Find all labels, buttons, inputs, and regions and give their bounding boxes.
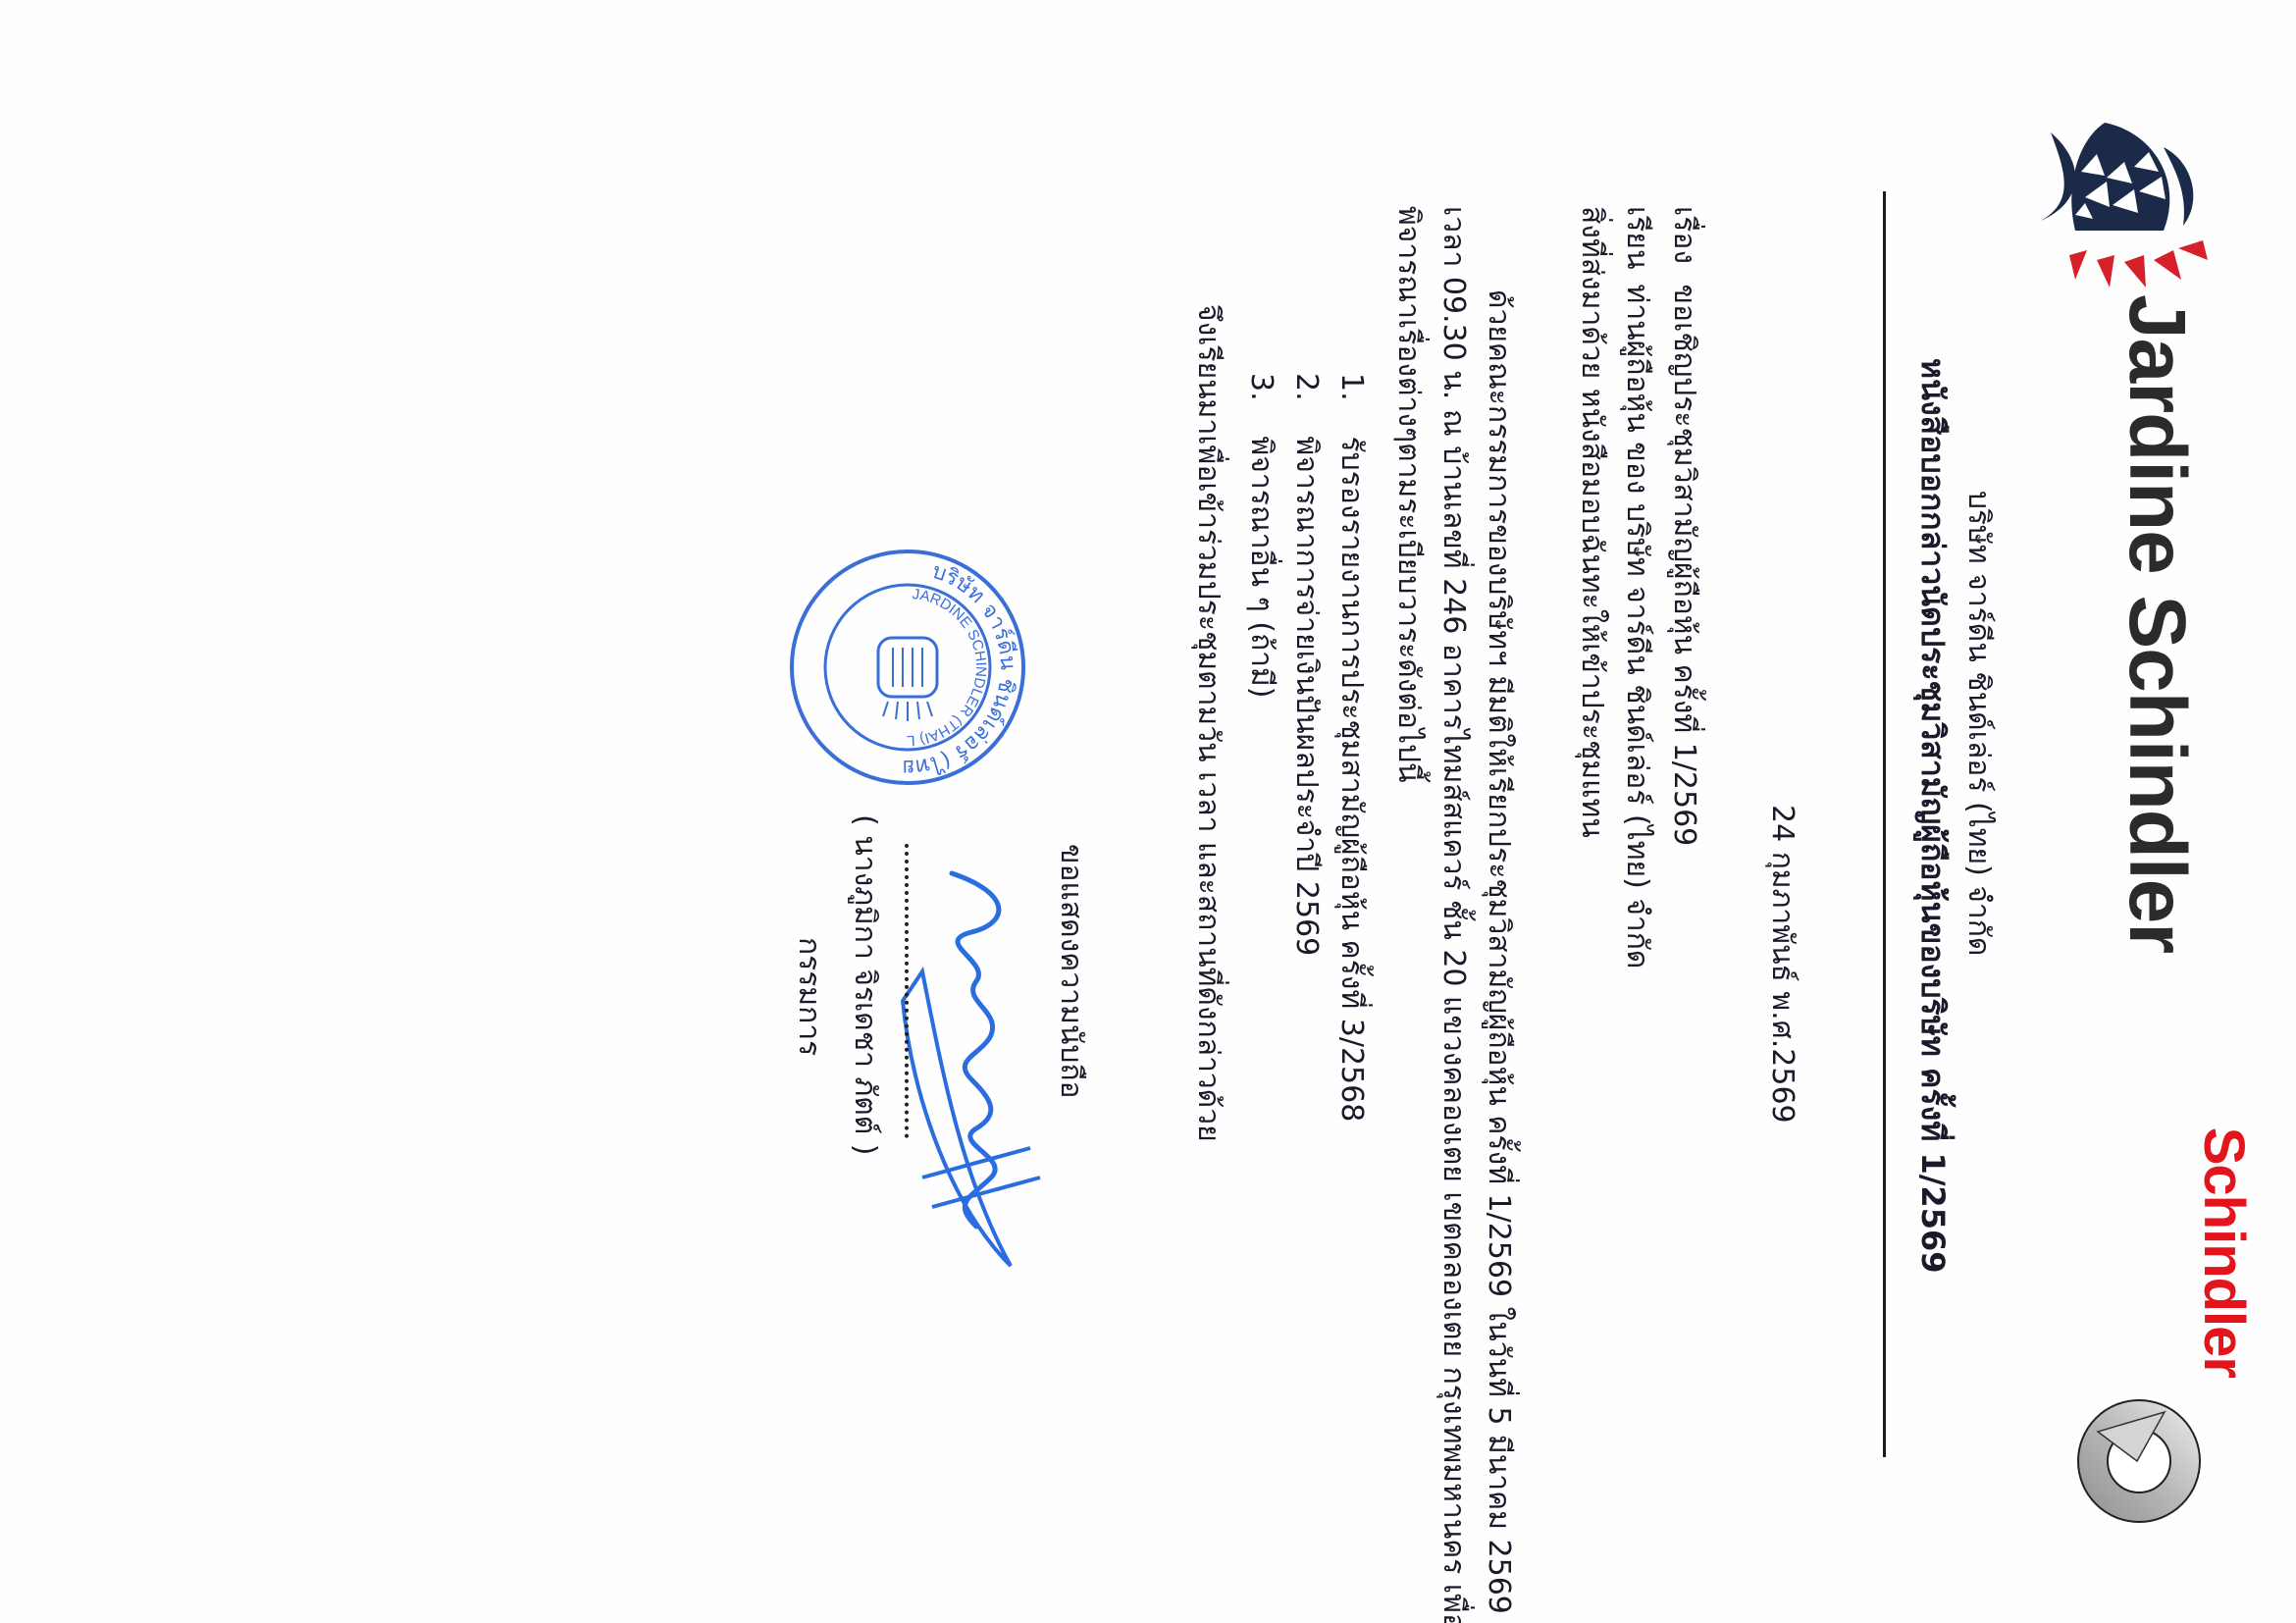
body-line-1: ด้วยคณะกรรมการของบริษัทฯ มีมติให้เรียกปร… [1476,206,1521,1462]
company-name: บริษัท จาร์ดีน ชินด์เล่อร์ (ไทย) จำกัด [1956,491,2002,956]
subject-line: เรื่อง ขอเชิญประชุมวิสามัญผู้ถือหุ้น ครั… [1661,206,1707,846]
letter-page: Jardine Schindler Schindler บริษัท จาร์ด… [0,0,2296,1623]
recipient-text: ท่านผู้ถือหุ้น ของ บริษัท จาร์ดีน ชินด์เ… [1620,285,1654,969]
agenda-number: 1. [1329,373,1374,427]
subject-text: ขอเชิญประชุมวิสามัญผู้ถือหุ้น ครั้งที่ 1… [1667,285,1701,847]
notice-title: หนังสือบอกกล่าวนัดประชุมวิสามัญผู้ถือหุ้… [1907,358,1957,1273]
header-divider [1883,191,1886,1457]
agenda-text: พิจารณาอื่น ๆ (ถ้ามี) [1244,437,1278,699]
schindler-wordmark: Schindler [2191,1127,2257,1378]
agenda-number: 2. [1283,373,1329,427]
handwritten-signature [883,854,1070,1285]
agenda-text: รับรองรายงานการประชุมสามัญผู้ถือหุ้น ครั… [1334,437,1369,1123]
enclosure-line: สิ่งที่ส่งมาด้วย หนังสือมอบฉันทะให้เข้าป… [1569,206,1615,838]
jardine-thistle-logo-icon [2016,93,2222,299]
subject-label: เรื่อง [1661,206,1707,275]
signer-position: กรรมการ [786,937,832,1056]
agenda-list: 1. รับรองรายงานการประชุมสามัญผู้ถือหุ้น … [1238,373,1374,1122]
agenda-item: 2. พิจารณาการจ่ายเงินปันผลประจำปี 2569 [1283,373,1329,1122]
recipient-label: เรียน [1614,206,1660,275]
closing-sentence: จึงเรียนมาเพื่อเข้าร่วมประชุมตามวัน เวลา… [1185,304,1231,1142]
body-line-2: เวลา 09.30 น. ณ บ้านเลขที่ 246 อาคารไทมส… [1431,206,1476,1462]
signature-dotted-line [905,844,909,1138]
brand-title: Jardine Schindler [2111,294,2203,953]
agenda-text: พิจารณาการจ่ายเงินปันผลประจำปี 2569 [1289,437,1324,957]
agenda-item: 1. รับรองรายงานการประชุมสามัญผู้ถือหุ้น … [1329,373,1374,1122]
enclosure-label: สิ่งที่ส่งมาด้วย [1575,206,1609,379]
body-paragraph: ด้วยคณะกรรมการของบริษัทฯ มีมติให้เรียกปร… [1385,206,1521,1462]
enclosure-text: หนังสือมอบฉันทะให้เข้าประชุมแทน [1575,389,1609,838]
agenda-number: 3. [1238,373,1283,427]
company-seal-icon: บริษัท จาร์ดีน ชินด์เล่อร์ (ไทย) จำกัด J… [785,545,1030,790]
agenda-item: 3. พิจารณาอื่น ๆ (ถ้ามี) [1238,373,1283,1122]
recipient-line: เรียน ท่านผู้ถือหุ้น ของ บริษัท จาร์ดีน … [1614,206,1660,969]
signer-name: ( นางภูมิกา จิรเดชา ภัตต์ ) [842,814,888,1156]
letter-date: 24 กุมภาพันธ์ พ.ศ.2569 [1759,805,1805,1124]
body-line-3: พิจารณาเรื่องต่างๆตามระเบียบวาระดังต่อไป… [1385,206,1431,1462]
schindler-ring-logo-icon [2070,1392,2208,1530]
